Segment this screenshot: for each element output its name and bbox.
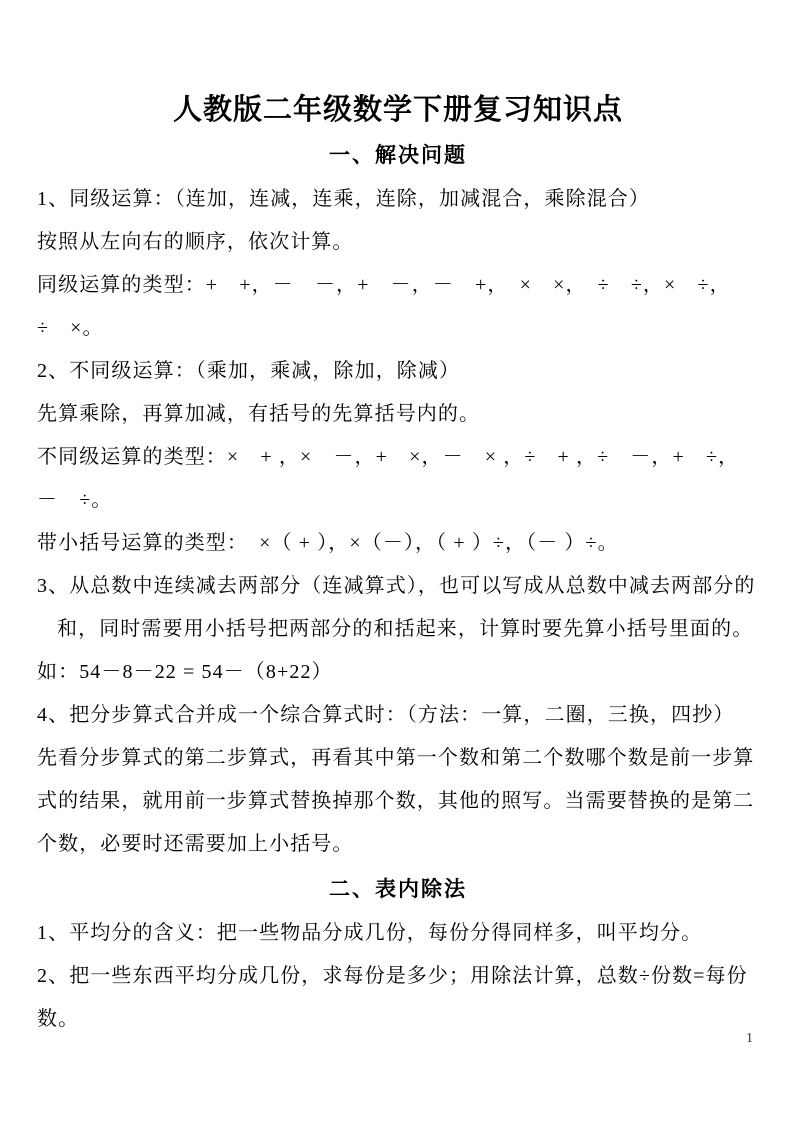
text-line: 和，同时需要用小括号把两部分的和括起来，计算时要先算小括号里面的。 [37,608,759,651]
text-line: 2、把一些东西平均分成几份，求每份是多少；用除法计算，总数÷份数=每份 [37,955,759,998]
section-heading: 二、表内除法 [37,866,759,912]
text-line: 式的结果，就用前一步算式替换掉那个数，其他的照写。当需要替换的是第二 [37,780,759,823]
text-line: 3、从总数中连续减去两部分（连减算式），也可以写成从总数中减去两部分的 [37,565,759,608]
document-title: 人教版二年级数学下册复习知识点 [37,88,759,132]
text-line: 1、同级运算：（连加，连减，连乘，连除，加减混合，乘除混合） [37,178,759,221]
text-line: 不同级运算的类型：× + ，× －，+ ×，－ × ，÷ + ，÷ －，+ ÷， [37,436,759,479]
text-line: 4、把分步算式合并成一个综合算式时：（方法：一算，二圈，三换，四抄） [37,694,759,737]
text-line: 个数，必要时还需要加上小括号。 [37,823,759,866]
text-line: 带小括号运算的类型： ×（ + ），×（－），（ + ）÷，（－ ）÷。 [37,522,759,565]
document-page: 人教版二年级数学下册复习知识点 一、解决问题1、同级运算：（连加，连减，连乘，连… [0,0,793,1122]
text-line: 先算乘除，再算加减，有括号的先算括号内的。 [37,393,759,436]
text-line: ÷ ×。 [37,307,759,350]
text-line: 2、不同级运算：（乘加，乘减，除加，除减） [37,350,759,393]
document-body: 一、解决问题1、同级运算：（连加，连减，连乘，连除，加减混合，乘除混合）按照从左… [37,132,759,1041]
section-heading: 一、解决问题 [37,132,759,178]
text-line: 按照从左向右的顺序，依次计算。 [37,221,759,264]
text-line: 同级运算的类型：+ +，－ －，+ －，－ +， × ×， ÷ ÷，× ÷， [37,264,759,307]
page-number: 1 [746,1030,753,1048]
text-line: 如：54－8－22 = 54－（8+22） [37,651,759,694]
text-line: 1、平均分的含义：把一些物品分成几份，每份分得同样多，叫平均分。 [37,912,759,955]
document-content: 人教版二年级数学下册复习知识点 一、解决问题1、同级运算：（连加，连减，连乘，连… [0,0,793,1041]
text-line: － ÷。 [37,479,759,522]
text-line: 数。 [37,998,759,1041]
text-line: 先看分步算式的第二步算式，再看其中第一个数和第二个数哪个数是前一步算 [37,737,759,780]
